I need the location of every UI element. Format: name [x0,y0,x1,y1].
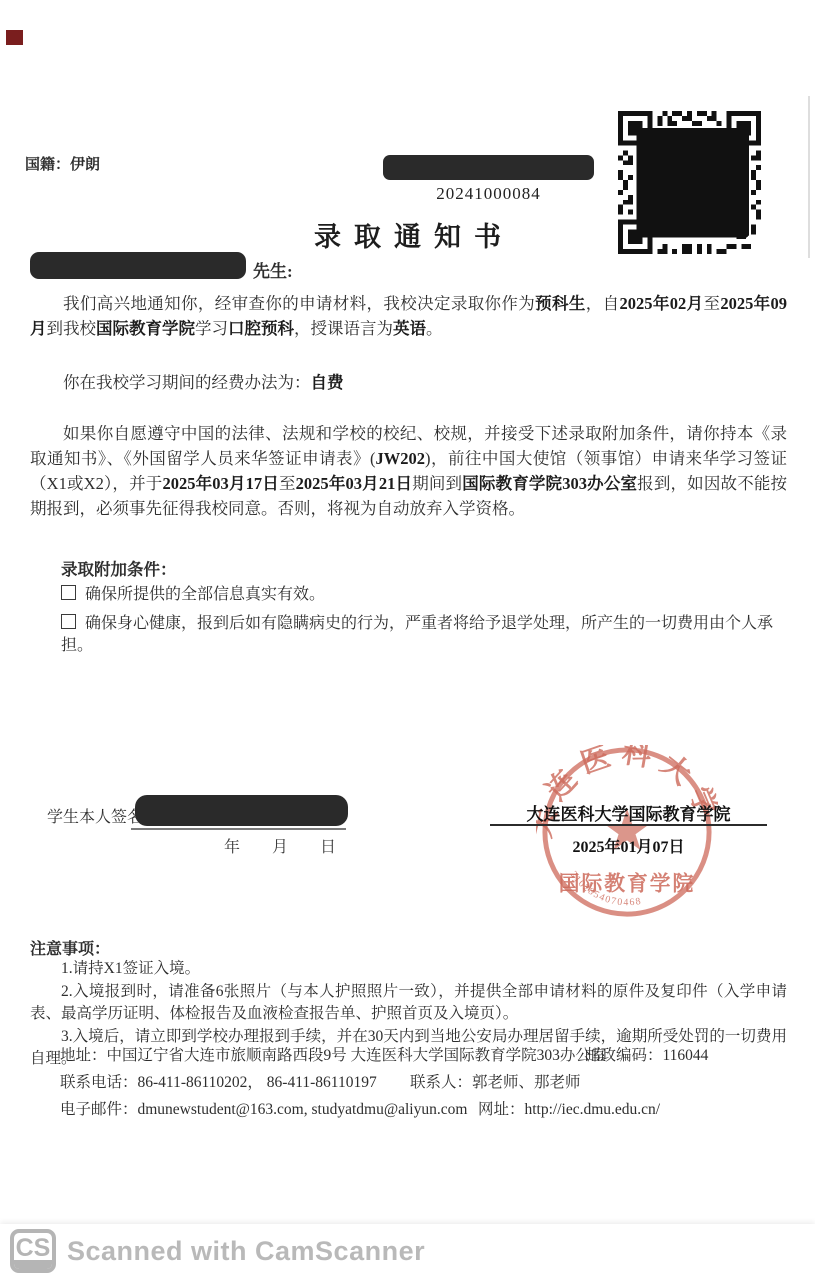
student-signature-label: 学生本人签名 [47,804,143,827]
condition-text: 确保身心健康，报到后如有隐瞒病史的行为，严重者将给予退学处理，所产生的一切费用由… [61,615,773,654]
document-title: 录取通知书 [0,215,815,254]
email-row: 电子邮件：dmunewstudent@163.com, studyatdmu@a… [60,1097,800,1119]
camscanner-watermark-bar: CS Scanned with CamScanner [0,1224,815,1280]
camscanner-watermark-text: Scanned with CamScanner [67,1224,425,1280]
issue-date: 2025年01月07日 [490,834,767,857]
student-id-number: 20241000084 [383,184,594,204]
visa-instructions-paragraph: 如果你自愿遵守中国的法律、法规和学校的校纪、校规，并接受下述录取附加条件，请你持… [30,421,787,521]
address-row: 地址：中国辽宁省大连市旅顺南路西段9号 大连医科大学国际教育学院303办公室 邮… [60,1043,800,1065]
note-item: 1.请持X1签证入境。 [30,958,787,981]
phone-row: 联系电话：86-411-86110202， 86-411-86110197 联系… [60,1070,800,1092]
note-item: 2.入境报到时，请准备6张照片（与本人护照照片一致），并提供全部申请材料的原件及… [30,981,787,1026]
checkbox-icon [61,585,76,600]
condition-item: 确保所提供的全部信息真实有效。 [61,584,801,606]
date-fields: 年 月 日 [224,834,336,857]
camscanner-logo-text: CS [16,1234,51,1262]
email-text: 电子邮件：dmunewstudent@163.com, studyatdmu@a… [60,1101,467,1118]
signature-underline [131,828,346,830]
redaction-bar-recipient [30,252,246,279]
admission-paragraph: 我们高兴地通知你，经审查你的申请材料，我校决定录取你作为预科生，自2025年02… [30,291,787,341]
corner-red-mark [6,30,23,45]
condition-text: 确保所提供的全部信息真实有效。 [85,586,325,603]
funding-line: 你在我校学习期间的经费办法为：自费 [30,370,787,395]
address-text: 地址：中国辽宁省大连市旅顺南路西段9号 大连医科大学国际教育学院303办公室 [60,1047,606,1064]
contact-person-text: 联系人：郭老师、那老师 [410,1070,581,1092]
redaction-bar-name [383,155,594,180]
postcode-text: 邮政编码：116044 [585,1043,708,1065]
condition-item: 确保身心健康，报到后如有隐瞒病史的行为，严重者将给予退学处理，所产生的一切费用由… [61,613,801,657]
issuer-underline [490,824,767,826]
camscanner-logo-base [14,1260,52,1269]
website-text: 网址：http://iec.dmu.edu.cn/ [478,1097,660,1119]
conditions-title: 录取附加条件： [61,556,177,580]
nationality-label: 国籍：伊朗 [25,153,100,174]
camscanner-logo-icon: CS [10,1229,56,1273]
redaction-bar-signature [135,795,348,826]
notes-title: 注意事项： [30,936,110,959]
salutation-label: 先生: [253,257,293,282]
phone-text: 联系电话：86-411-86110202， 86-411-86110197 [60,1074,377,1091]
issuer-name: 大连医科大学国际教育学院 [490,800,767,825]
scanned-admission-notice: 国籍：伊朗 20241000084 [0,0,815,1280]
checkbox-icon [61,614,76,629]
